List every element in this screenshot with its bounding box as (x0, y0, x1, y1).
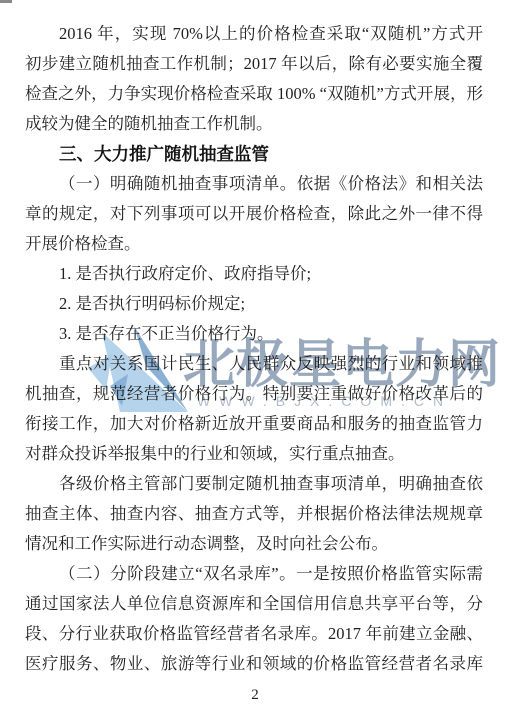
text-line-21: 段、分行业获取价格监管经营者名录库。2017 年前建立金融、药品、 (25, 619, 483, 649)
text-line-14: 衔接工作，加大对价格新近放开重要商品和服务的抽查监管力度。 (25, 409, 483, 439)
text-line-11: 3. 是否存在不正当价格行为。 (25, 319, 483, 349)
text-line-17: 抽查主体、抽查内容、抽查方式等，并根据价格法律法规规章修订 (25, 499, 483, 529)
text-line-20: 通过国家法人单位信息资源库和全国信用信息共享平台等，分阶 (25, 589, 483, 619)
text-line-22: 医疗服务、物业、旅游等行业和领域的价格监管经营者名录库及子 (25, 649, 483, 679)
text-line-7: 章的规定，对下列事项可以开展价格检查，除此之外一律不得擅自 (25, 199, 483, 229)
text-line-3: 检查之外，力争实现价格检查采取 100% “双随机”方式开展，形 (25, 79, 483, 109)
text-line-16: 各级价格主管部门要制定随机抽查事项清单，明确抽查依据、 (25, 469, 483, 499)
text-line-19: （二）分阶段建立“双名录库”。一是按照价格监管实际需求， (25, 559, 483, 589)
document-page: 北极星电力网 WWW.BJX.COM.CN 2016 年，实现 70%以上的价格… (0, 0, 510, 713)
section-heading: 三、大力推广随机抽查监管 (25, 139, 483, 169)
page-number: 2 (0, 685, 510, 705)
text-line-2: 初步建立随机抽查工作机制；2017 年以后，除有必要实施全覆盖的 (25, 49, 483, 79)
document-text: 2016 年，实现 70%以上的价格检查采取“双随机”方式开展，初步建立随机抽查… (25, 19, 483, 679)
text-line-4: 成较为健全的随机抽查工作机制。 (25, 109, 483, 139)
text-line-12: 重点对关系国计民生、人民群众反映强烈的行业和领域推广随 (25, 349, 483, 379)
text-line-8: 开展价格检查。 (25, 229, 483, 259)
text-line-13: 机抽查，规范经营者价格行为。特别要注重做好价格改革后的监管 (25, 379, 483, 409)
text-line-18: 情况和工作实际进行动态调整，及时向社会公布。 (25, 529, 483, 559)
text-line-10: 2. 是否执行明码标价规定; (25, 289, 483, 319)
text-line-1: 2016 年，实现 70%以上的价格检查采取“双随机”方式开展， (25, 19, 483, 49)
text-line-15: 对群众投诉举报集中的行业和领域，实行重点抽查。 (25, 439, 483, 469)
text-line-9: 1. 是否执行政府定价、政府指导价; (25, 259, 483, 289)
text-line-6: （一）明确随机抽查事项清单。依据《价格法》和相关法规规 (25, 169, 483, 199)
